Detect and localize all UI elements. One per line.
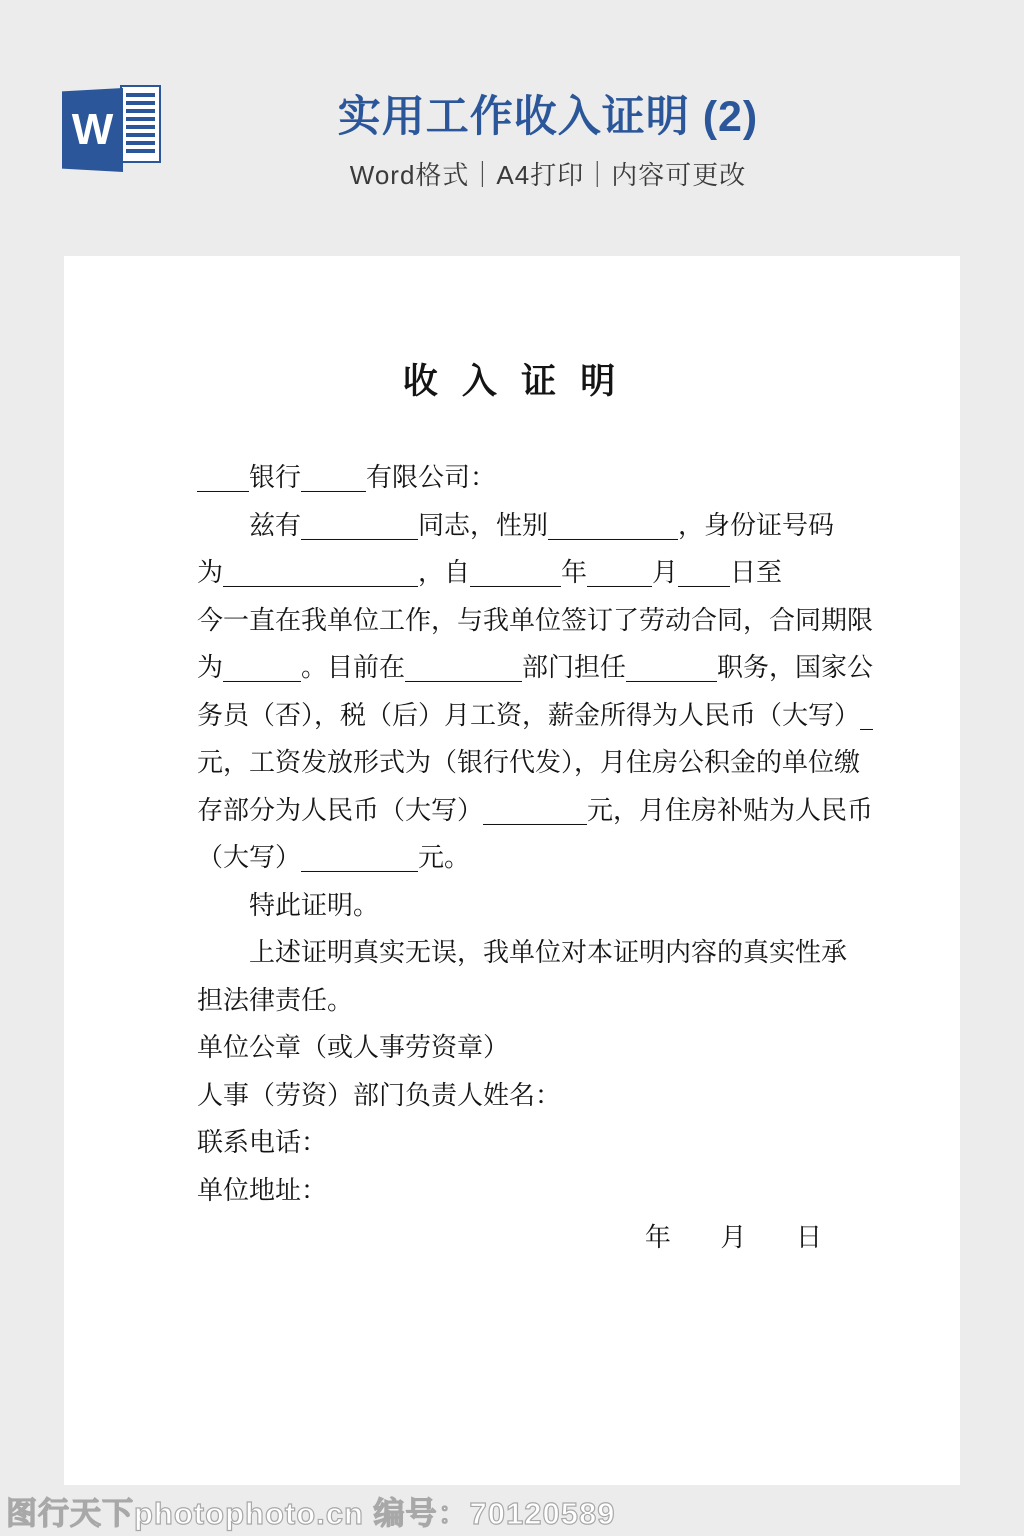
document-page: 收 入 证 明 ____银行_____有限公司：兹有_________同志，性别… bbox=[64, 256, 960, 1485]
template-title: 实用工作收入证明 (2) bbox=[72, 94, 1024, 141]
doc-line: 上述证明真实无误，我单位对本证明内容的真实性承 bbox=[197, 930, 834, 978]
doc-line: ____银行_____有限公司： bbox=[197, 455, 834, 503]
doc-line: 兹有_________同志，性别__________，身份证号码 bbox=[197, 503, 834, 551]
doc-line: 担法律责任。 bbox=[197, 978, 834, 1026]
doc-line: 单位公章（或人事劳资章） bbox=[197, 1025, 834, 1073]
header-text-block: 实用工作收入证明 (2) Word格式｜A4打印｜内容可更改 bbox=[0, 94, 1024, 192]
doc-line: 特此证明。 bbox=[197, 883, 834, 931]
doc-line: 人事（劳资）部门负责人姓名： bbox=[197, 1073, 834, 1121]
document-body: ____银行_____有限公司：兹有_________同志，性别________… bbox=[197, 455, 834, 1263]
template-header: W 实用工作收入证明 (2) Word格式｜A4打印｜内容可更改 bbox=[0, 0, 1024, 256]
doc-lines: ____银行_____有限公司：兹有_________同志，性别________… bbox=[197, 455, 834, 1215]
watermark-text: 图行天下photophoto.cn 编号：70120589 bbox=[6, 1488, 615, 1533]
doc-line: 存部分为人民币（大写）________元，月住房补贴为人民币 bbox=[197, 788, 834, 836]
doc-line: 务员（否），税（后）月工资，薪金所得为人民币（大写）_ bbox=[197, 693, 834, 741]
document-title: 收 入 证 明 bbox=[64, 358, 960, 405]
doc-line: 今一直在我单位工作，与我单位签订了劳动合同，合同期限 bbox=[197, 598, 834, 646]
doc-line: 单位地址： bbox=[197, 1168, 834, 1216]
doc-line: （大写）_________元。 bbox=[197, 835, 834, 883]
doc-line: 元，工资发放形式为（银行代发），月住房公积金的单位缴 bbox=[197, 740, 834, 788]
footer-band: 图行天下photophoto.cn 编号：70120589 bbox=[0, 1485, 1024, 1536]
template-subtitle: Word格式｜A4打印｜内容可更改 bbox=[72, 155, 1024, 192]
doc-line: 联系电话： bbox=[197, 1120, 834, 1168]
doc-line: 为_______________，自_______年_____月____日至 bbox=[197, 550, 834, 598]
doc-line: 为______。目前在_________部门担任_______职务，国家公 bbox=[197, 645, 834, 693]
date-line: 年 月 日 bbox=[197, 1215, 834, 1263]
